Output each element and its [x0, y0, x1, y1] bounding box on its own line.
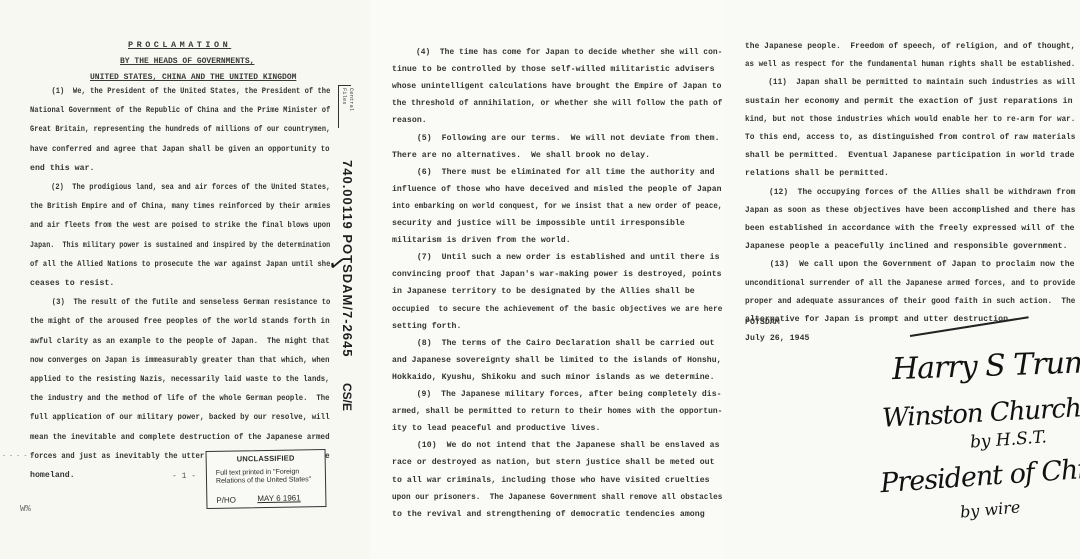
- proclamation-parties: UNITED STATES, CHINA AND THE UNITED KING…: [90, 73, 296, 82]
- text-line: militarism is driven from the world.: [392, 236, 571, 246]
- signature-churchill: Winston Churchill: [881, 392, 1080, 434]
- text-line: been established in accordance with the …: [745, 224, 1075, 234]
- text-line: homeland.: [30, 471, 75, 481]
- text-line: upon our prisoners. The Japanese Governm…: [392, 493, 722, 503]
- text-line: applied to the resisting Nazis, necessar…: [30, 375, 330, 385]
- text-line: to all war criminals, including those wh…: [392, 476, 710, 486]
- text-line: (12) The occupying forces of the Allies …: [745, 188, 1075, 198]
- text-line: end this war.: [30, 164, 95, 174]
- text-line: the British Empire and of China, many ti…: [30, 202, 330, 212]
- text-line: kind, but not those industries which wou…: [745, 115, 1075, 125]
- stamp-code: P/HO: [216, 496, 236, 505]
- text-line: to the revival and strengthening of demo…: [392, 510, 705, 520]
- text-line: awful clarity as an example to the peopl…: [30, 337, 330, 347]
- stamp-title: UNCLASSIFIED: [207, 453, 325, 464]
- text-line: Hokkaido, Kyushu, Shikoku and such minor…: [392, 373, 715, 383]
- text-line: and Japanese sovereignty shall be limite…: [392, 356, 722, 366]
- central-files-text: Central Files: [341, 88, 355, 128]
- text-line: occupied to secure the achievement of th…: [392, 305, 722, 315]
- text-line: There are no alternatives. We shall broo…: [392, 151, 650, 161]
- text-line: (13) We call upon the Government of Japa…: [745, 260, 1075, 270]
- text-line: setting forth.: [392, 322, 462, 332]
- text-line: and air fleets from the west are poised …: [30, 221, 330, 231]
- text-line: (8) The terms of the Cairo Declaration s…: [392, 339, 715, 349]
- text-line: alternative for Japan is prompt and utte…: [745, 315, 1013, 325]
- text-line: sustain her economy and permit the exact…: [745, 97, 1073, 107]
- date-line: July 26, 1945: [745, 334, 810, 344]
- text-line: the Japanese people. Freedom of speech, …: [745, 42, 1075, 52]
- text-line: now converges on Japan is immeasurably g…: [30, 356, 330, 366]
- page-number: - 1 -: [172, 472, 196, 481]
- text-line: Japanese people a peacefully inclined an…: [745, 242, 1068, 252]
- text-line: into embarking on world conquest, for we…: [392, 202, 722, 212]
- central-files-label: Central Files: [338, 85, 351, 128]
- text-line: the might of the aroused free peoples of…: [30, 317, 330, 327]
- text-line: the industry and the method of life of t…: [30, 394, 330, 404]
- document-page-2: (4) The time has come for Japan to decid…: [370, 0, 725, 559]
- text-line: Japan as soon as these objectives have b…: [745, 206, 1075, 216]
- text-line: in Japanese territory to be designated b…: [392, 287, 695, 297]
- text-line: (5) Following are our terms. We will not…: [392, 134, 720, 144]
- text-line: race or destroyed as nation, but stern j…: [392, 458, 715, 468]
- text-line: convincing proof that Japan's war-making…: [392, 270, 722, 280]
- text-line: the threshold of annihilation, or whethe…: [392, 99, 722, 109]
- text-line: (7) Until such a new order is establishe…: [392, 253, 720, 263]
- text-line: relations shall be permitted.: [745, 169, 889, 179]
- proclamation-title: PROCLAMATION: [128, 40, 231, 50]
- text-line: armed, shall be permitted to return to t…: [392, 407, 722, 417]
- place-line: POTSDAM: [745, 318, 780, 328]
- text-line: (6) There must be eliminated for all tim…: [392, 168, 715, 178]
- text-line: as well as respect for the fundamental h…: [745, 60, 1075, 70]
- text-line: ceases to resist.: [30, 279, 114, 289]
- signature-china-note: by wire: [959, 497, 1021, 521]
- signature-truman: Harry S Truman: [891, 344, 1080, 387]
- text-line: full application of our military power, …: [30, 413, 330, 423]
- file-suffix-stamp: CS/E: [340, 383, 354, 411]
- document-page-1: PROCLAMATION BY THE HEADS OF GOVERNMENTS…: [0, 0, 370, 559]
- text-line: unconditional surrender of all the Japan…: [745, 279, 1075, 289]
- text-line: National Government of the Republic of C…: [30, 106, 330, 116]
- margin-specks: - - - - -: [2, 452, 34, 459]
- signature-block: Harry S Truman Winston Churchill by H.S.…: [870, 330, 1070, 540]
- text-line: (10) We do not intend that the Japanese …: [392, 441, 720, 451]
- text-line: influence of those who have deceived and…: [392, 185, 722, 195]
- text-line: (1) We, the President of the United Stat…: [30, 87, 330, 97]
- text-line: Great Britain, representing the hundreds…: [30, 125, 330, 135]
- text-line: To this end, access to, as distinguished…: [745, 133, 1075, 143]
- text-line: Japan. This military power is sustained …: [30, 241, 330, 251]
- stamp-date: MAY 6 1961: [257, 493, 300, 503]
- text-line: (4) The time has come for Japan to decid…: [392, 48, 722, 58]
- text-line: (2) The prodigious land, sea and air for…: [30, 183, 330, 193]
- text-line: reason.: [392, 116, 427, 126]
- text-line: tinue to be controlled by those self-wil…: [392, 65, 715, 75]
- text-line: whose unintelligent calculations have br…: [392, 82, 722, 92]
- text-line: ity to lead peaceful and productive live…: [392, 424, 600, 434]
- stamp-text: Full text printed in "Foreign Relations …: [216, 468, 326, 486]
- unclassified-stamp: UNCLASSIFIED Full text printed in "Forei…: [206, 449, 327, 509]
- text-line: shall be permitted. Eventual Japanese pa…: [745, 151, 1075, 161]
- text-line: proper and adequate assurances of their …: [745, 297, 1075, 307]
- text-line: (11) Japan shall be permitted to maintai…: [745, 78, 1075, 88]
- text-line: (3) The result of the futile and sensele…: [30, 298, 330, 308]
- text-line: of all the Allied Nations to prosecute t…: [30, 260, 330, 270]
- signature-churchill-note: by H.S.T.: [969, 427, 1047, 452]
- margin-mark: W%: [20, 504, 31, 514]
- signature-china: President of China: [879, 452, 1080, 499]
- proclamation-subtitle: BY THE HEADS OF GOVERNMENTS,: [120, 57, 254, 66]
- text-line: mean the inevitable and complete destruc…: [30, 433, 330, 443]
- text-line: have conferred and agree that Japan shal…: [30, 145, 330, 155]
- text-line: (9) The Japanese military forces, after …: [392, 390, 722, 400]
- text-line: security and justice will be impossible …: [392, 219, 685, 229]
